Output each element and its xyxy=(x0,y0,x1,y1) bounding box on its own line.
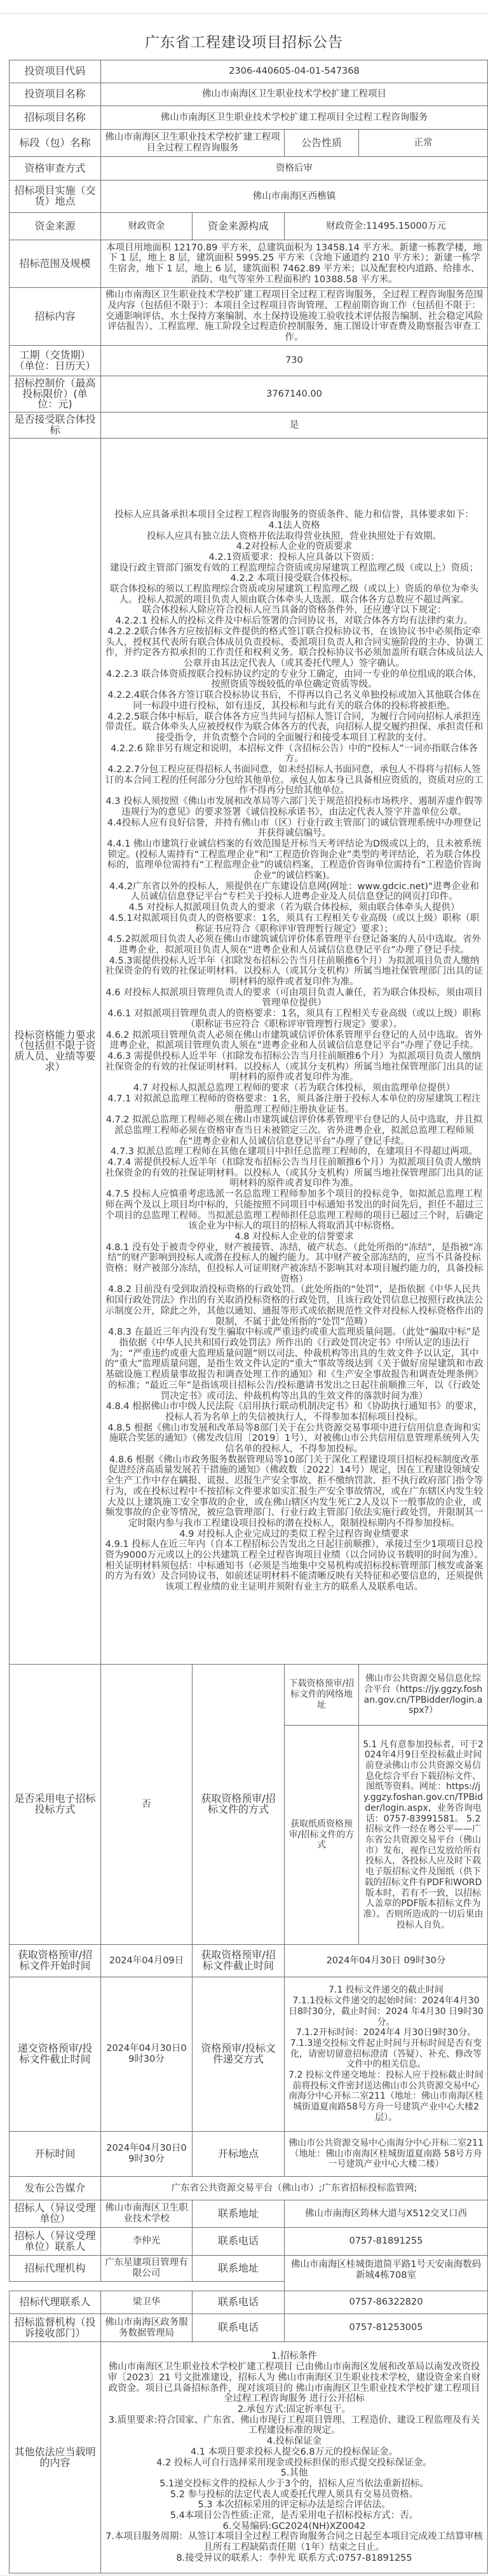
other-line: 2.承包方式:固定折率包干。 xyxy=(105,2404,484,2415)
qualification-paragraph: 4.2.2.2联合体各方应按招标文件提供的格式签订联合投标协议书，在该协议书中必… xyxy=(105,627,484,669)
label: 获取纸质资格预审/招标文件的方式 xyxy=(285,1726,359,1945)
other-line: 4.投标保证金 xyxy=(105,2436,484,2447)
supervisor-phone-value: 0757-81253005 xyxy=(285,2314,488,2342)
submit-method-line: 7.1 投标文件递交的截止时间 xyxy=(288,1985,484,1996)
row-submission: 递交资格预审/投标文件截止时间 2024年04月30日09时30分 资格预审/投… xyxy=(10,1977,488,2132)
row-qualification-review: 资格审查方式 资格后审 xyxy=(10,157,488,181)
qualification-paragraph: 投标人应具有独立法人资格并依法取得营业执照，营业执照处于有效期。 xyxy=(105,531,484,542)
qualification-paragraph: 4.4投标人应有良好信誉，并持有佛山市（区）行业行政主管部门的诚信管理系统中办理… xyxy=(105,818,484,839)
qualification-paragraph: 4.2.2.4联合体各方签订联合投标协议书后，不得再以自己名义单独投标或加入其他… xyxy=(105,690,484,711)
media-value: 广东省公共资源交易平台（佛山市）;广东省招标投标监管网; xyxy=(101,2177,488,2200)
tender-project-name-value: 佛山市南海区卫生职业技术学校扩建工程项目全过程工程咨询服务 xyxy=(101,106,488,130)
qualification-paragraph: 4.7 对投标人拟派总监理工程师的要求（若为联合体投标，须由监理单位提供） xyxy=(105,1083,484,1094)
row-opening: 开标时间 2024年04月30日09时30分 开标地点 佛山市公共资源交易中心南… xyxy=(10,2132,488,2177)
row-media: 发布公告媒介 广东省公共资源交易平台（佛山市）;广东省招标投标监管网; xyxy=(10,2177,488,2200)
supervisor-value: 佛山市南海区政务服务数据管理局 xyxy=(101,2314,193,2342)
qualification-paragraph: 4.5.1对拟派项目负责人的资格要求：1名，须具有工程相关专业高级（或以上级）职… xyxy=(105,913,484,934)
investment-code-value: 2306-440605-04-01-547368 xyxy=(101,60,488,83)
qualification-paragraph: 4.9 对投标人企业完成过的类似工程全过程咨询业绩要求 xyxy=(105,1529,484,1540)
label: 招标内容 xyxy=(10,288,101,346)
tenderer-address-value: 佛山市南海区筠林大道与X512交叉口西 xyxy=(285,2200,488,2228)
investment-name-value: 佛山市南海区卫生职业技术学校扩建工程项目 xyxy=(101,83,488,106)
scope-value: 本项目用地面积 12170.89 平方米，总建筑面积为 13458.14 平方米… xyxy=(101,240,488,288)
submit-method-lines: 7.1 投标文件递交的截止时间7.1.1投标文件递交的起始时间：2024年4月3… xyxy=(288,1985,484,2123)
qualification-paragraph: 4.2.2.1 投标人的投标文件及中标后签署的合同协议书，对联合体各方均有法律约… xyxy=(105,616,484,627)
qualification-paragraph: 4.8.1 没有处于被责令停业，财产被接管、冻结，破产状态。（此处所指的“冻结”… xyxy=(105,1243,484,1285)
paper-method-value: 5.1 凡有意参加投标者，可于2024年4月9日至投标截止时间前登录佛山市公共资… xyxy=(359,1726,488,1945)
opening-time-value: 2024年04月30日09时30分 xyxy=(101,2132,193,2177)
tenderer-value: 佛山市南海区卫生职业技术学校 xyxy=(101,2200,193,2228)
obtain-end-value: 2024年04月30日 09时30分 xyxy=(285,1945,488,1977)
location-value: 佛山市南海区西樵镇 xyxy=(101,181,488,213)
qualification-paragraph: 4.2.2.3 联合体资质按联合投标协议约定的专业分工确定，由同一专业的单位组成… xyxy=(105,669,484,690)
opening-place-value: 佛山市公共资源交易中心南海分中心开标二室211（地址：佛山市南海区桂城街道夏南路… xyxy=(285,2132,488,2177)
section-name-value: 佛山市南海区卫生职业技术学校扩建工程项目全过程工程咨询服务 xyxy=(101,130,285,157)
label: 开标时间 xyxy=(10,2132,101,2177)
row-duration: 工期（交货期）（单位：日历天） 730 xyxy=(10,346,488,376)
qualification-paragraph-list: 投标人应具备承担本项目全过程工程咨询服务的资质条件、能力和信誉，具体要求如下：4… xyxy=(105,510,484,1593)
other-line: 4.1 本项目要求投标人提交6.8万元的投标保证金。 xyxy=(105,2447,484,2458)
other-line: 5.其他 xyxy=(105,2468,484,2479)
label: 招标代理联系人 xyxy=(10,2291,101,2314)
other-line: 7.本项目服务周期：从签订本项目全过程工程咨询服务合同之日起至本项目完成竣工结算… xyxy=(105,2532,484,2552)
submit-method-line: 7.1.1投标文件递交的起始时间：2024年4月30日8时30分，截止时间：20… xyxy=(288,1996,484,2027)
agency-address-value: 佛山市南海区桂城街道简平路1号天安南海数码新城4栋708室 xyxy=(285,2256,488,2291)
other-line: 1.招标条件 xyxy=(105,2351,484,2362)
row-consortium: 是否接受联合体投标 是 xyxy=(10,412,488,439)
label: 投资项目代码 xyxy=(10,60,101,83)
notice-nature-value: 正常 xyxy=(359,130,488,157)
row-investment-name: 投资项目名称 佛山市南海区卫生职业技术学校扩建工程项目 xyxy=(10,83,488,106)
header-divider xyxy=(0,13,488,14)
qualification-paragraph: 4.2.2.6 除非另有规定和说明，本招标文件（含招标公告）中的“投标人”一词亦… xyxy=(105,744,484,765)
label: 递交资格预审/投标文件截止时间 xyxy=(10,1977,101,2132)
qualification-paragraph: 4.7.3 拟派总监理工程师在其他在建项目中担任总监理工程师的，在建项目不得超过… xyxy=(105,1147,484,1157)
spacer xyxy=(10,2282,285,2291)
other-line: 3.质里要求:符合国家、广东省、佛山市现行工程项目管理、工程造价、建设工程监理及… xyxy=(105,2415,484,2436)
row-agency: 招标代理机构 广东星建项目管理有限公司 联系地址 佛山市南海区桂城街道简平路1号… xyxy=(10,2256,488,2282)
label: 公告性质 xyxy=(285,130,359,157)
qualification-paragraph: 4.7.5 投标人应慎重考虑选派一名总监理工程师参加多个项目的投标竞争，如拟派总… xyxy=(105,1189,484,1232)
label: 获取资格预审/招标文件的方式 xyxy=(193,1665,285,1945)
row-other: 其他依法应当载明的内容 1.招标条件佛山市南海区卫生职业技术学校扩建工程项目 已… xyxy=(10,2342,488,2573)
label: 招标控制价（最高投标限价）(单位：元) xyxy=(10,376,101,412)
label: 获取资格预审/招标文件开始时间 xyxy=(10,1945,101,1977)
qualification-paragraph: 4.2对投标人企业的资质要求 xyxy=(105,542,484,552)
row-qualification-requirements: 投标资格能力要求（包括但不限于资质人员、业绩等要求） 投标人应具备承担本项目全过… xyxy=(10,439,488,1665)
label: 联系电话 xyxy=(193,2228,285,2256)
row-scope: 招标范围及规模 本项目用地面积 12170.89 平方米，总建筑面积为 1345… xyxy=(10,240,488,288)
label: 是否接受联合体投标 xyxy=(10,412,101,439)
submit-method-line: 7.1.2开标时间：2024年4 月30日9时30分。 xyxy=(288,2027,484,2038)
label: 投标资格能力要求（包括但不限于资质人员、业绩等要求） xyxy=(10,439,101,1665)
qualification-paragraph: 4.7.2 拟派总监理工程师必须在佛山市建筑诚信评价体系管理平台登记的人员中选取… xyxy=(105,1115,484,1147)
tenderer-phone-value: 0757-81891255 xyxy=(285,2228,488,2256)
label: 资格预审/投标文件递交方式 xyxy=(193,1977,285,2132)
label: 联系电话 xyxy=(193,2291,285,2314)
row-download-address: 是否采用电子招标投标方式 否 获取资格预审/招标文件的方式 下载资格预审/招标文… xyxy=(10,1665,488,1726)
label: 工期（交货期）（单位：日历天） xyxy=(10,346,101,376)
qualification-paragraph: 建设行政主管部门颁发有效的工程监理综合资质或房屋建筑工程监理乙级（或以上）资质； xyxy=(105,563,484,574)
label: 资金来源构成 xyxy=(193,213,285,240)
other-lines: 1.招标条件佛山市南海区卫生职业技术学校扩建工程项目 已由佛山市南海区发展和改革… xyxy=(105,2351,484,2563)
label: 招标人（异议受理单位） xyxy=(10,2200,101,2228)
row-obtain-time: 获取资格预审/招标文件开始时间 2024年04月09日 获取资格预审/招标文件截… xyxy=(10,1945,488,1977)
qualification-paragraph: 联合体投标人除应符合投标人应当具备的资格条件外，还应遵守以下规定： xyxy=(105,605,484,616)
label: 招标项目实施（交货）地点 xyxy=(10,181,101,213)
row-content: 招标内容 佛山市南海区卫生职业技术学校扩建工程项目全过程工程咨询服务，全过程工程… xyxy=(10,288,488,346)
tender-notice-table: 投资项目代码 2306-440605-04-01-547368 投资项目名称 佛… xyxy=(9,60,488,2573)
row-investment-code: 投资项目代码 2306-440605-04-01-547368 xyxy=(10,60,488,83)
page-title: 广东省工程建设项目招标公告 xyxy=(0,33,488,52)
label: 开标地点 xyxy=(193,2132,285,2177)
submit-method-line: 7.1.3递交投标文件起止时间与开标时间是否有变化，请密切留意招标澄清（答疑）、… xyxy=(288,2038,484,2070)
download-address-link[interactable]: 佛山市公共资源交易信息化综合平台（https://jy.ggzy.foshan.… xyxy=(359,1665,488,1726)
label: 招标人（异议受理单位）联系人 xyxy=(10,2228,101,2256)
obtain-start-value: 2024年04月09日 xyxy=(101,1945,193,1977)
label: 资金来源 xyxy=(10,213,101,240)
other-line: 8.接受异议的联系人：李仲光 联系方式:0757-81891255 xyxy=(105,2553,484,2564)
qualification-paragraph: 4.6.3 需提供投标人近半年（扣除发布招标公告当月往前顺推6个月）为拟派项目负… xyxy=(105,1051,484,1083)
max-price-value: 3767140.00 xyxy=(101,376,488,412)
qualification-paragraph: 4.6.1 对拟派项目管理负责人的资格要求：1名，须具有工程相关专业高级（或以上… xyxy=(105,1009,484,1030)
qualification-paragraph: 投标人应具备承担本项目全过程工程咨询服务的资质条件、能力和信誉，具体要求如下： xyxy=(105,510,484,521)
qualification-paragraph: 4.2.2.5联合体中标后，联合体各方应当共同与招标人签订合同，为履行合同向招标… xyxy=(105,712,484,744)
duration-value: 730 xyxy=(101,346,488,376)
label: 招标范围及规模 xyxy=(10,240,101,288)
electronic-value: 否 xyxy=(101,1665,193,1945)
qualification-paragraph: 4.4.1 佛山市建筑行业诚信档案的有效范围是开标当天考评结论为D级或以上的，且… xyxy=(105,839,484,882)
label: 获取资格预审/招标文件截止时间 xyxy=(193,1945,285,1977)
other-line: 6.交易编码:GC2024(NH)XZ0042 xyxy=(105,2521,484,2532)
qualification-paragraph: 4.8.3 在最近三年内没有发生骗取中标或严重违约或重大监理质量问题。（此处“骗… xyxy=(105,1327,484,1401)
qualification-requirements-value: 投标人应具备承担本项目全过程工程咨询服务的资质条件、能力和信誉，具体要求如下：4… xyxy=(101,439,488,1665)
other-line: 4.2 投标人可自行选择采用现金或投标担保的形式提交投标保证金。 xyxy=(105,2458,484,2469)
qualification-paragraph: 4.5 对投标人拟派项目负责人的要求（若为联合体投标，须由联合体牵头人提供） xyxy=(105,903,484,913)
label: 投资项目名称 xyxy=(10,83,101,106)
other-line: 5.2 参与投标的法定代表人或委托代理人须具有交易员资格。 xyxy=(105,2490,484,2500)
other-line: 5.3 本次招标采用的评定标办法是综合评估法。 xyxy=(105,2500,484,2511)
qualification-paragraph: 4.5.2拟派项目负责人必须在佛山市建筑诚信评价体系管理平台登记备案的人员中选取… xyxy=(105,934,484,955)
qualification-paragraph: 4.5.3需提供投标人近半年（扣除发布招标公告当月往前顺推6个月）为拟派项目负责… xyxy=(105,956,484,988)
qualification-paragraph: 4.8.5 根据《佛山市发展和改革局等8部门关于在公共资源交易事项中进行信用信息… xyxy=(105,1423,484,1455)
label: 招标项目名称 xyxy=(10,106,101,130)
qualification-paragraph: 4.9.1 投标人在近三年内（自本工程招标公告发出之日起往前顺推），承接过至少1… xyxy=(105,1539,484,1593)
consortium-value: 是 xyxy=(101,412,488,439)
other-value: 1.招标条件佛山市南海区卫生职业技术学校扩建工程项目 已由佛山市南海区发展和改革… xyxy=(101,2342,488,2573)
other-line: 5.1递交投标文件的投标人少于3个的，招标人应当依法重新招标。 xyxy=(105,2479,484,2490)
row-tenderer: 招标人（异议受理单位） 佛山市南海区卫生职业技术学校 联系地址 佛山市南海区筠林… xyxy=(10,2200,488,2228)
other-line: 佛山市南海区卫生职业技术学校扩建工程项目 已由佛山市南海区发展和改革局以南发改资… xyxy=(105,2362,484,2404)
qualification-paragraph: 4.2.2.7分包工程应征得招标人书面同意，如未经招标人书面同意，承包人不得将与… xyxy=(105,765,484,796)
label: 联系电话 xyxy=(193,2314,285,2342)
label: 联系地址 xyxy=(193,2256,285,2282)
qualification-paragraph: 4.8.4 根据佛山市中级人民法院《启用执行联动机制决定书》和《协助执行通知书》… xyxy=(105,1401,484,1422)
label: 资格审查方式 xyxy=(10,157,101,181)
agency-value: 广东星建项目管理有限公司 xyxy=(101,2256,193,2282)
qualification-paragraph: 4.8.6 根据《佛山市政务服务数据管理局等10部门关于深化工程建设项目招标投标… xyxy=(105,1455,484,1529)
qualification-paragraph: 4.3 投标人须按照《佛山市发展和改革局等六部门关于规范招投标市场秩序、遏制弄虚… xyxy=(105,796,484,817)
label: 发布公告媒介 xyxy=(10,2177,101,2200)
content-value: 佛山市南海区卫生职业技术学校扩建工程项目全过程工程咨询服务，全过程工程咨询服务范… xyxy=(101,288,488,346)
row-tenderer-contact: 招标人（异议受理单位）联系人 李仲光 联系电话 0757-81891255 xyxy=(10,2228,488,2256)
qualification-review-value: 资格后审 xyxy=(101,157,488,181)
qualification-paragraph: 4.2.2 本项目接受联合体投标。 xyxy=(105,573,484,584)
row-max-price: 招标控制价（最高投标限价）(单位：元) 3767140.00 xyxy=(10,376,488,412)
qualification-paragraph: 4.8 对投标人企业的信誉要求 xyxy=(105,1232,484,1243)
row-agency-contact: 招标代理联系人 梁卫华 联系电话 0757-86322820 xyxy=(10,2291,488,2314)
qualification-paragraph: 4.8.2 目前没有受到取消投标资格的行政处罚。（此处所指的“处罚”，是指依据《… xyxy=(105,1285,484,1327)
qualification-paragraph: 4.7.4 需提供投标人近半年（扣除发布招标公告当月往前顺推6个月）为拟派项目负… xyxy=(105,1157,484,1189)
qualification-paragraph: 4.2.1资质要求：投标人应具备以下资质： xyxy=(105,552,484,563)
row-fund-source: 资金来源 财政资金 资金来源构成 财政资金:11495.15000万元 xyxy=(10,213,488,240)
label: 标段（包）名称 xyxy=(10,130,101,157)
agency-phone-value: 0757-86322820 xyxy=(285,2291,488,2314)
qualification-paragraph: 4.1法人资格 xyxy=(105,521,484,531)
other-line: 5.4本项目公告性质:正常，是否采用电子招标投标方式：否。 xyxy=(105,2511,484,2521)
label: 招标代理机构 xyxy=(10,2256,101,2282)
qualification-paragraph: 4.6.2 拟派项目管理负责人必须在佛山市建筑诚信评价体系管理平台登记的人员中选… xyxy=(105,1030,484,1051)
label: 招标监督机构（投诉接收部门） xyxy=(10,2314,101,2342)
qualification-paragraph: 4.7.1 对拟派总监理工程师的资格要求：1名，须具备注册于投标人本单位的房屋建… xyxy=(105,1094,484,1115)
fund-composition-value: 财政资金:11495.15000万元 xyxy=(285,213,488,240)
label: 联系地址 xyxy=(193,2200,285,2228)
submit-method-value: 7.1 投标文件递交的截止时间7.1.1投标文件递交的起始时间：2024年4月3… xyxy=(285,1977,488,2132)
row-tender-project-name: 招标项目名称 佛山市南海区卫生职业技术学校扩建工程项目全过程工程咨询服务 xyxy=(10,106,488,130)
submit-deadline-value: 2024年04月30日09时30分 xyxy=(101,1977,193,2132)
row-supervisor: 招标监督机构（投诉接收部门） 佛山市南海区政务服务数据管理局 联系电话 0757… xyxy=(10,2314,488,2342)
row-location: 招标项目实施（交货）地点 佛山市南海区西樵镇 xyxy=(10,181,488,213)
label: 下载资格预审/招标文件的网络地址 xyxy=(285,1665,359,1726)
fund-source-value: 财政资金 xyxy=(101,213,193,240)
submit-method-line: 7.2 投标文件递交地址：投标人应于投标截止时间前将投标文件密封送达佛山市公共资… xyxy=(288,2070,484,2123)
row-section-name: 标段（包）名称 佛山市南海区卫生职业技术学校扩建工程项目全过程工程咨询服务 公告… xyxy=(10,130,488,157)
tenderer-contact-value: 李仲光 xyxy=(101,2228,193,2256)
label: 其他依法应当载明的内容 xyxy=(10,2342,101,2573)
qualification-paragraph: 4.4.2广东省以外的投标人，须提供在广东建设信息网(网址：www.gdcic.… xyxy=(105,882,484,903)
agency-contact-value: 梁卫华 xyxy=(101,2291,193,2314)
qualification-paragraph: 联合体投标的须以工程监理综合资质或房屋建筑工程监理乙级（或以上）资质的单位为牵头… xyxy=(105,584,484,605)
label: 是否采用电子招标投标方式 xyxy=(10,1665,101,1945)
qualification-paragraph: 4.6 对投标人拟派项目管理负责人的要求（可由项目负责人兼任，若为联合体投标，须… xyxy=(105,988,484,1009)
